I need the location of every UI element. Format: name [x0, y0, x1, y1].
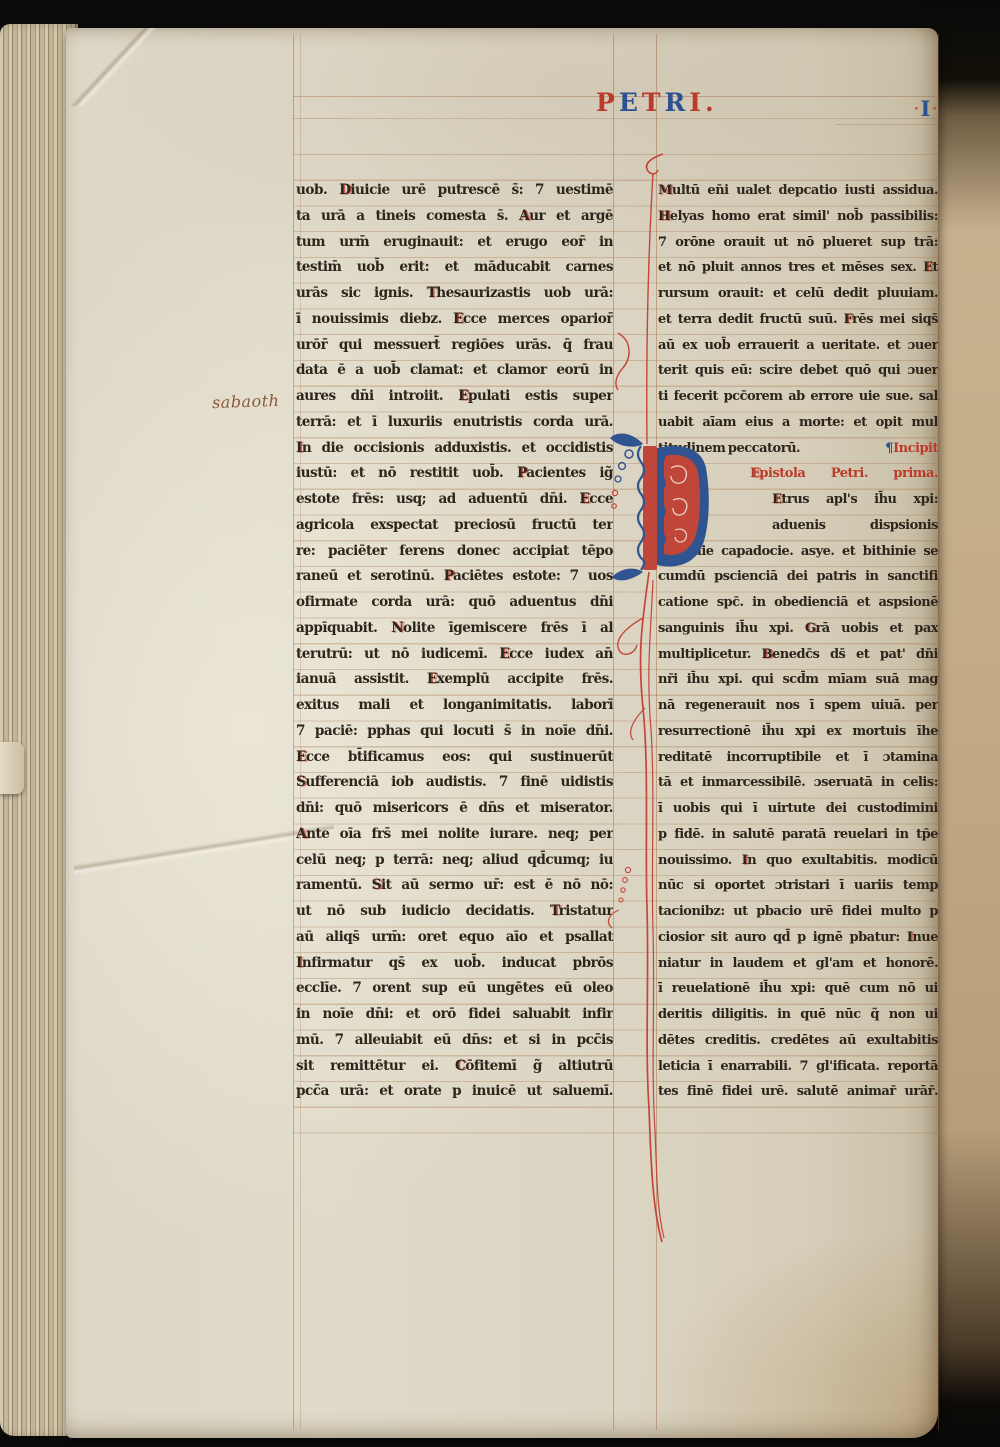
text-line: Epistola Petri. prima. [658, 461, 938, 487]
text-line: Sufferenciā iob audistis. 7 finē uidisti… [296, 770, 613, 796]
ruling-line-horizontal [293, 118, 939, 119]
text-line: uob. Diuicie urē putrescē s̄: 7 uestimē [296, 178, 613, 204]
text-line: nouissimo. In quo exultabitis. modicū [658, 848, 938, 874]
text-line: nūc si oportet ɔtristari ī uariis temp [658, 873, 938, 899]
running-title-letter: E [619, 88, 642, 117]
text-line: aū ex uob̄ errauerit a ueritate. et ɔuer [658, 333, 938, 359]
text-line: tā et inmarcessibilē. ɔseruatā in celis: [658, 770, 938, 796]
text-line: pcc̄a urā: et orate p inuicē ut saluemī. [296, 1079, 613, 1105]
running-title-letter: I [689, 88, 705, 117]
page-edge-tab [0, 742, 24, 794]
text-line: cumdū pscienciā dei patris in sanctifi [658, 564, 938, 590]
text-line: Helyas homo erat simil' nob̄ passibilis: [658, 204, 938, 230]
text-line: testim̄ uob̄ erit: et māducabit carnes [296, 255, 613, 281]
text-line: galathie capadocie. asye. et bithinie se [658, 539, 938, 565]
text-line: sit remittētur ei. Cōfitemī g̃ altiutrū [296, 1054, 613, 1080]
text-line: terrā: et ī luxuriis enutristis corda ur… [296, 410, 613, 436]
text-line: titudinem peccatorū.¶ Incipit [658, 436, 938, 462]
margin-note: sabaoth [212, 391, 280, 412]
running-title-letter: T [642, 88, 665, 117]
vellum-page: PETRI. ·I· sabaoth uob. Diuicie urē putr… [66, 28, 938, 1438]
text-line: agricola exspectat preciosū fructū ter [296, 513, 613, 539]
text-line: tacionibz: ut pbacio urē fidei multo p [658, 899, 938, 925]
text-line: ta urā a tineis comesta s̄. Aur et argē [296, 204, 613, 230]
folio-number: I [921, 96, 931, 121]
text-line: urōr̄ qui messuert̄ regiōes urās. q̄ fra… [296, 333, 613, 359]
text-line: nā regenerauit nos ī spem uiuā. per [658, 693, 938, 719]
text-segment: Incipit [893, 436, 938, 462]
text-line: 7 paciē: pphas qui locuti s̄ in noīe dn̄… [296, 719, 613, 745]
text-line: tes finē fidei urē. salutē animar̄ urār̄… [658, 1079, 938, 1105]
text-line: dētes creditis. credētes aū exultabitis [658, 1028, 938, 1054]
text-line: niatur in laudem et gl'am et honorē. [658, 951, 938, 977]
text-line: resurrectionē ih̄u xpi ex mortuis īhe [658, 719, 938, 745]
text-segment: ¶ [885, 436, 893, 462]
running-title: PETRI. [596, 88, 776, 118]
text-line: appīquabit. Nolite īgemiscere frēs ī al [296, 616, 613, 642]
text-line: ramentū. Sit aū sermo ur̄: est ē nō nō: [296, 873, 613, 899]
text-line: Etrus apl's ih̄u xpi: electis [658, 487, 938, 513]
text-line: ecclīe. 7 orent sup eū ungētes eū oleo [296, 976, 613, 1002]
text-segment: titudinem peccatorū. [658, 436, 800, 462]
text-line: In die occisionis adduxistis. et occidis… [296, 436, 613, 462]
text-line: ī uobis qui ī uirtute dei custodimini [658, 796, 938, 822]
text-line: ciosior sit auro qd̄ p ignē pbatur: Inue [658, 925, 938, 951]
text-line: estote frēs: usq; ad aduentū dn̄i. Ecce [296, 487, 613, 513]
text-line: aū aliqs̄ urm̄: oret equo aīo et psallat [296, 925, 613, 951]
text-line: Infirmatur qs̄ ex uob̄. inducat pbrōs [296, 951, 613, 977]
text-line: exitus mali et longanimitatis. laborī [296, 693, 613, 719]
text-line: ti fecerit pcc̄orem ab errore uie sue. s… [658, 384, 938, 410]
folio-dot: · [912, 102, 921, 117]
text-line: terit quis eū: scire debet quō qui ɔuer [658, 358, 938, 384]
text-line: leticia ī enarrabili. 7 gl'ificata. repo… [658, 1054, 938, 1080]
folio-numeral: ·I· [912, 96, 939, 121]
text-line: sanguinis ih̄u xpi. Grā uobis et pax [658, 616, 938, 642]
text-line: Multū en̄i ualet depcatio iusti assidua. [658, 178, 938, 204]
text-line: ianuā assistit. Exemplū accipite frēs. [296, 667, 613, 693]
text-line: Ante oīa frs̄ mei nolite iurare. neq; pe… [296, 822, 613, 848]
text-line: raneū et serotinū. Paciētes estote: 7 uo… [296, 564, 613, 590]
text-column-right: Multū en̄i ualet depcatio iusti assidua.… [658, 178, 938, 1106]
text-line: ī nouissimis diebz. Ecce merces oparior̄ [296, 307, 613, 333]
corner-fold [66, 28, 158, 106]
text-line: deritis diligitis. in quē nūc q̃ non ui [658, 1002, 938, 1028]
text-line: aduenis dispsionis ponti. [658, 513, 938, 539]
text-column-left: uob. Diuicie urē putrescē s̄: 7 uestimēt… [296, 178, 613, 1106]
text-line: urās sic ignis. Thesaurizastis uob urā: [296, 281, 613, 307]
text-line: ī reuelationē ih̄u xpi: quē cum nō ui [658, 976, 938, 1002]
running-title-letter: . [705, 88, 718, 117]
text-line: mū. 7 alleuiabit eū dn̄s: et si in pcc̄i… [296, 1028, 613, 1054]
text-line: ut nō sub iudicio decidatis. Tristatur [296, 899, 613, 925]
folio-dot: · [930, 102, 939, 117]
text-line: nr̄i ih̄u xpi. qui scd̄m mīam suā mag [658, 667, 938, 693]
text-line: aures dn̄i introiit. Epulati estis super [296, 384, 613, 410]
text-line: celū neq; p terrā: neq; aliud qd̄cumq; i… [296, 848, 613, 874]
text-line: 7 orōne orauit ut nō plueret sup trā: [658, 230, 938, 256]
text-line: et nō pluit annos tres et mēses sex. Et [658, 255, 938, 281]
text-line: terutrū: ut nō iudicemī. Ecce iudex an̄ [296, 642, 613, 668]
ruling-line-horizontal [836, 124, 940, 125]
text-line: tum urm̄ eruginauit: et erugo eor̄ in [296, 230, 613, 256]
text-line: re: paciēter ferens donec accipiat tēpo [296, 539, 613, 565]
running-title-letter: P [596, 88, 619, 117]
text-line: reditatē incorruptibile et ī ɔtamina [658, 745, 938, 771]
text-line: catione spc̄. in obedienciā et aspsionē [658, 590, 938, 616]
text-line: data ē a uob̄ clamat: et clamor eorū in [296, 358, 613, 384]
text-line: uabit aīam eius a morte: et opit mul [658, 410, 938, 436]
text-line: ofirmate corda urā: quō aduentus dn̄i [296, 590, 613, 616]
text-line: iustū: et nō restitit uob̄. Pacientes ig… [296, 461, 613, 487]
text-line: Ecce bt̄ificamus eos: qui sustinuerūt [296, 745, 613, 771]
text-line: multiplicetur. Benedc̄s ds̄ et pat' dn̄i [658, 642, 938, 668]
text-line: rursum orauit: et celū dedit pluuiam. [658, 281, 938, 307]
text-line: p fidē. in salutē paratā reuelari in tp̄… [658, 822, 938, 848]
text-line: in noīe dn̄i: et orō fidei saluabit infi… [296, 1002, 613, 1028]
text-line: et terra dedit fructū suū. Frēs mei siqs… [658, 307, 938, 333]
text-line: dn̄i: quō misericors ē dn̄s et miserator… [296, 796, 613, 822]
running-title-letter: R [664, 88, 689, 117]
manuscript-photo: PETRI. ·I· sabaoth uob. Diuicie urē putr… [0, 0, 1000, 1447]
